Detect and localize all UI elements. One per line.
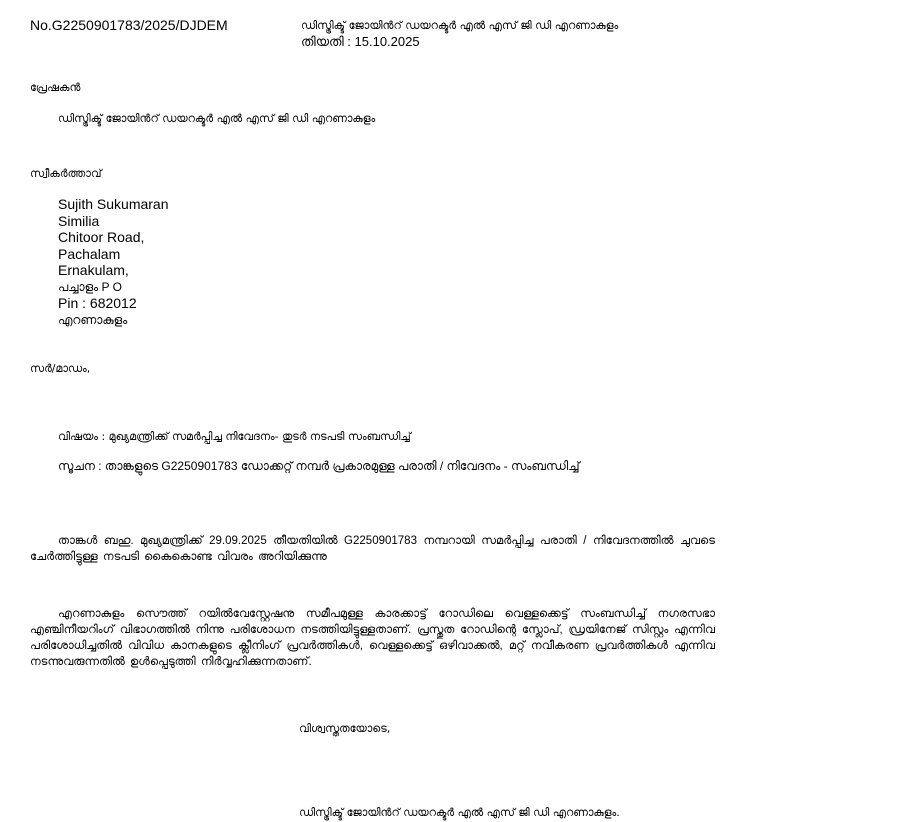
address-line: Pachalam [58,246,169,263]
body-paragraph: എറണാകുളം സൌത്ത് റയിൽവേസ്റ്റേഷനു സമീപമുള്… [30,606,715,670]
header-office-name: ഡിസ്ട്രിക്ട് ജോയിൻറ് ഡയറക്ടർ എൽ എസ് ജി ഡ… [301,18,618,34]
address-line: Similia [58,213,169,230]
address-pin: Pin : 682012 [58,295,169,312]
sender-label: പ്രേഷകൻ [30,80,80,96]
address-line: Chitoor Road, [58,229,169,246]
signature-block: ഡിസ്ട്രിക്ട് ജോയിൻറ് ഡയറക്ടർ എൽ എസ് ജി ഡ… [299,805,620,821]
address-line: എറണാകുളം [58,312,169,329]
reference-line: സൂചന : താങ്കളുടെ G2250901783 ഡോക്കറ്റ് ന… [58,459,580,474]
reference-number: No.G2250901783/2025/DJDEM [30,17,228,33]
sender-name: ഡിസ്ട്രിക്ട് ജോയിൻറ് ഡയറക്ടർ എൽ എസ് ജി ഡ… [58,111,375,127]
recipient-label: സ്വീകർത്താവ് [30,166,102,182]
recipient-address: Sujith Sukumaran Similia Chitoor Road, P… [58,196,169,328]
recipient-name: Sujith Sukumaran [58,196,169,213]
body-paragraph: താങ്കൾ ബഹു. മുഖ്യമന്ത്രിക്ക് 29.09.2025 … [30,533,715,565]
closing-line: വിശ്വസ്തതയോടെ, [299,721,390,737]
salutation: സർ/മാഡം, [30,361,90,377]
address-line: Ernakulam, [58,262,169,279]
address-line: പച്ചാളം P O [58,279,169,296]
subject-line: വിഷയം : മുഖ്യമന്ത്രിക്ക് സമർപ്പിച്ച നിവേ… [58,429,411,445]
header-date: തിയതി : 15.10.2025 [301,34,618,50]
header-office-block: ഡിസ്ട്രിക്ട് ജോയിൻറ് ഡയറക്ടർ എൽ എസ് ജി ഡ… [301,18,618,50]
